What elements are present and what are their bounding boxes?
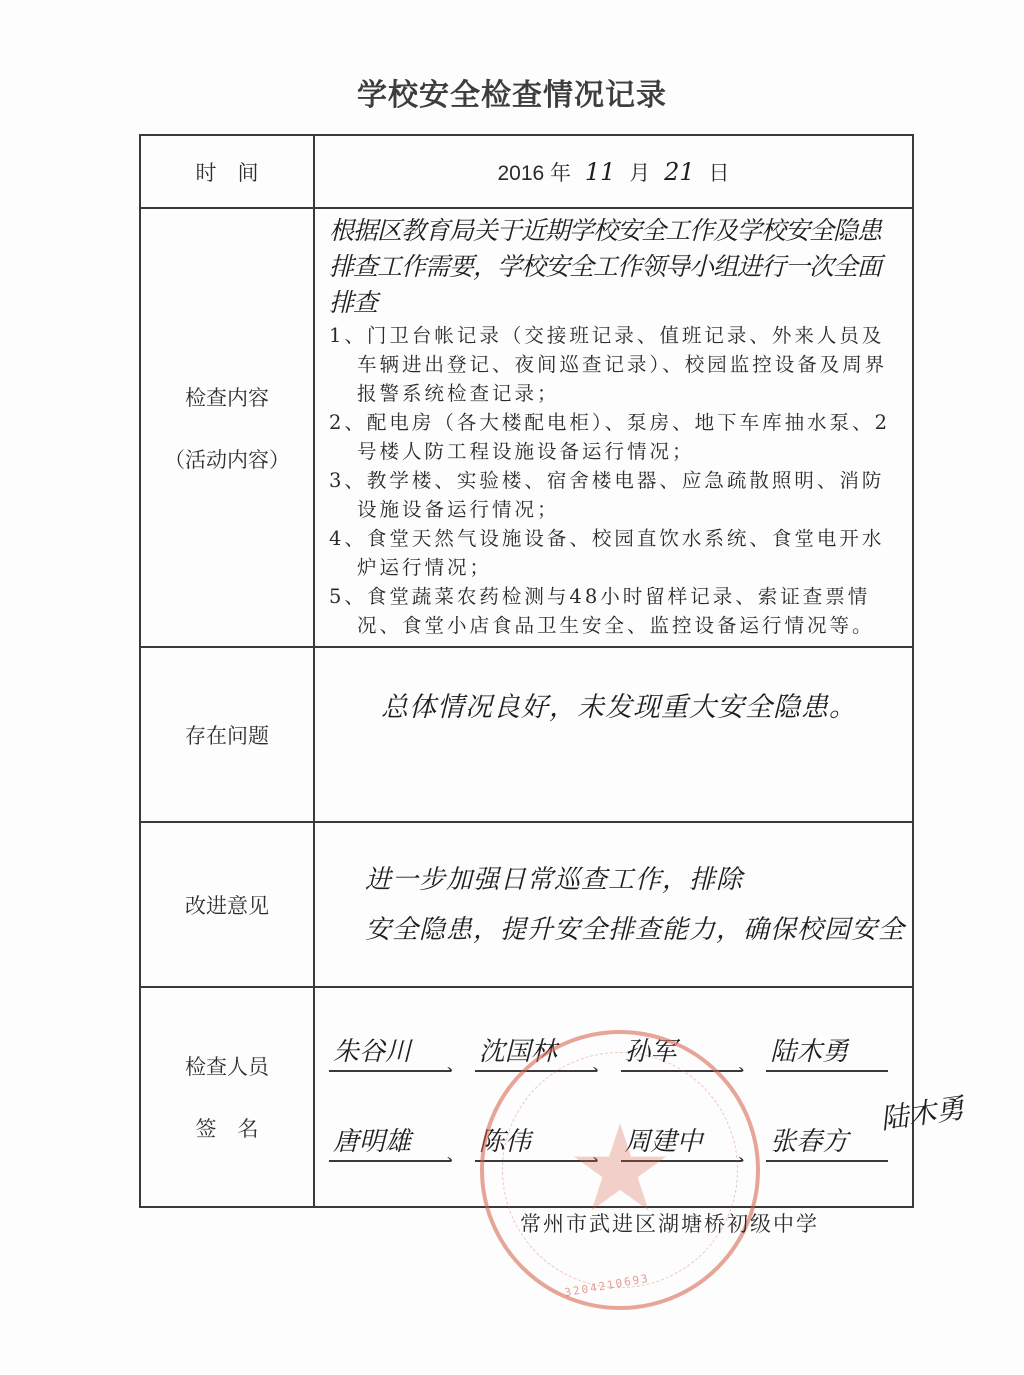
content-items-list: 1、门卫台帐记录（交接班记录、值班记录、外来人员及车辆进出登记、夜间巡查记录）、… <box>329 321 904 640</box>
label-content-line1: 检查内容 <box>141 382 313 412</box>
label-time: 时 间 <box>140 135 314 208</box>
signature-name: 张春方 <box>770 1121 848 1158</box>
label-improvements: 改进意见 <box>140 822 314 987</box>
label-problems: 存在问题 <box>140 647 314 822</box>
signature-slot: 张春方 <box>766 1116 888 1162</box>
label-inspectors: 检查人员 签 名 <box>140 987 314 1207</box>
school-name: 常州市武进区湖塘桥初级中学 <box>520 1208 819 1238</box>
year-suffix: 年 <box>550 162 571 185</box>
problems-handwritten: 总体情况良好，未发现重大安全隐患。 <box>315 685 912 724</box>
content-item-1: 1、门卫台帐记录（交接班记录、值班记录、外来人员及车辆进出登记、夜间巡查记录）、… <box>329 321 904 408</box>
separator: 、 <box>738 1050 756 1076</box>
row-problems: 存在问题 总体情况良好，未发现重大安全隐患。 <box>140 647 913 822</box>
signature-slot: 唐明雄 、 <box>329 1116 451 1162</box>
content-value: 根据区教育局关于近期学校安全工作及学校安全隐患排查工作需要，学校安全工作领导小组… <box>314 208 913 647</box>
label-content: 检查内容 （活动内容） <box>140 208 314 647</box>
signature-slot: 陆木勇 <box>766 1026 888 1072</box>
content-item-4: 4、食堂天然气设施设备、校园直饮水系统、食堂电开水炉运行情况； <box>329 524 904 582</box>
signature-slot: 朱谷川 、 <box>329 1026 451 1072</box>
label-inspectors-line1: 检查人员 <box>141 1051 313 1081</box>
problems-value: 总体情况良好，未发现重大安全隐患。 <box>314 647 913 822</box>
month-suffix: 月 <box>629 162 650 185</box>
date-value: 2016 年 11 月 21 日 <box>314 135 913 208</box>
content-item-3: 3、教学楼、实验楼、宿舍楼电器、应急疏散照明、消防设施设备运行情况； <box>329 466 904 524</box>
separator: 、 <box>447 1050 465 1076</box>
year-value: 2016 <box>497 162 544 185</box>
signature-name: 陆木勇 <box>770 1031 848 1068</box>
signature-name: 朱谷川 <box>333 1031 411 1068</box>
inspection-record-table: 时 间 2016 年 11 月 21 日 检查内容 （活动内容） 根据区教育局关… <box>139 134 914 1208</box>
signature-name: 唐明雄 <box>333 1121 411 1158</box>
label-inspectors-line2: 签 名 <box>141 1113 313 1143</box>
content-item-2: 2、配电房（各大楼配电柜）、泵房、地下车库抽水泵、2号楼人防工程设施设备运行情况… <box>329 408 904 466</box>
document-title: 学校安全检查情况记录 <box>0 70 1024 114</box>
improvements-line1: 进一步加强日常巡查工作，排除 <box>315 855 912 905</box>
official-seal-stamp: ★ 3204210693 <box>480 1030 760 1310</box>
content-handwritten-intro: 根据区教育局关于近期学校安全工作及学校安全隐患排查工作需要，学校安全工作领导小组… <box>329 213 904 321</box>
content-item-5: 5、食堂蔬菜农药检测与48小时留样记录、索证查票情况、食堂小店食品卫生安全、监控… <box>329 582 904 640</box>
stamp-code: 3204210693 <box>564 1272 651 1300</box>
day-value: 21 <box>664 158 695 186</box>
label-content-line2: （活动内容） <box>141 444 313 474</box>
day-suffix: 日 <box>709 162 730 185</box>
row-content: 检查内容 （活动内容） 根据区教育局关于近期学校安全工作及学校安全隐患排查工作需… <box>140 208 913 647</box>
row-time: 时 间 2016 年 11 月 21 日 <box>140 135 913 208</box>
improvements-line2: 安全隐患，提升安全排查能力，确保校园安全 <box>315 905 912 955</box>
month-value: 11 <box>585 158 616 186</box>
separator: 、 <box>447 1140 465 1166</box>
improvements-value: 进一步加强日常巡查工作，排除 安全隐患，提升安全排查能力，确保校园安全 <box>314 822 913 987</box>
row-improvements: 改进意见 进一步加强日常巡查工作，排除 安全隐患，提升安全排查能力，确保校园安全 <box>140 822 913 987</box>
